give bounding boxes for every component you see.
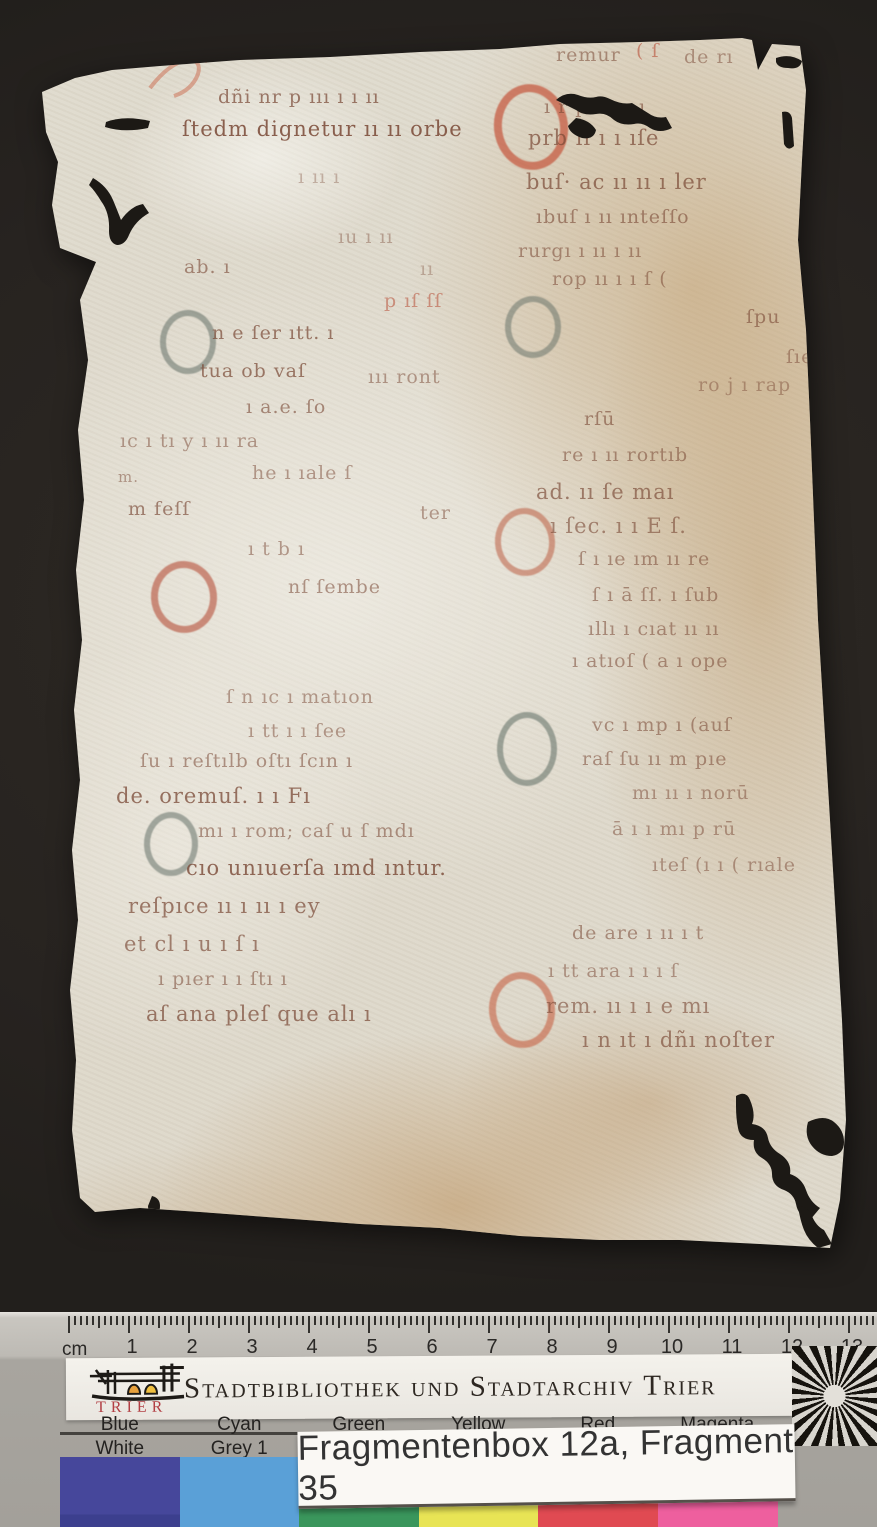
faded-text-line: prb ıı ı ı ıſe [528, 126, 659, 150]
ruler-tick [362, 1316, 364, 1325]
ruler-number: 2 [186, 1336, 197, 1359]
ruler-tick [338, 1316, 340, 1328]
ruler-tick [146, 1316, 148, 1325]
faded-text-line: cıo unıuerſa ımd ıntur. [186, 856, 447, 880]
faded-text-line: ı a.e. ſo [246, 396, 326, 418]
ruler-tick [716, 1316, 718, 1325]
initial-o [497, 712, 557, 786]
faded-text-line: ı ıı ı [298, 166, 340, 188]
ruler-tick [182, 1316, 184, 1325]
ruler-tick [266, 1316, 268, 1325]
ruler-tick [350, 1316, 352, 1325]
ruler-tick [188, 1316, 190, 1333]
roman-bridge-logo-icon [84, 1359, 189, 1404]
ruler-tick [134, 1316, 136, 1325]
ruler-tick [638, 1316, 640, 1328]
ruler-tick [374, 1316, 376, 1325]
ruler-tick [452, 1316, 454, 1325]
faded-text-line: ſ ı ıe ım ıı re [578, 548, 710, 570]
faded-text-line: buſ· ac ıı ıı ı ler [526, 170, 707, 194]
ruler-tick [128, 1316, 130, 1333]
faded-text-line: raſ ſu ıı m pıe [582, 748, 728, 770]
ruler-tick [458, 1316, 460, 1328]
ruler-tick [260, 1316, 262, 1325]
ruler-tick [812, 1316, 814, 1325]
ruler-tick [254, 1316, 256, 1325]
ruler-tick [434, 1316, 436, 1325]
faded-text-line: ı tt ı ı ſee [248, 720, 347, 742]
ruler-tick [410, 1316, 412, 1325]
ruler-number: 3 [246, 1336, 257, 1359]
faded-text-line: de rı [684, 46, 734, 68]
faded-text-line: ı r pre ıı ı [544, 96, 646, 118]
faded-text-line: ſıeg [786, 346, 827, 368]
ruler-tick [368, 1316, 370, 1333]
ruler-tick [536, 1316, 538, 1325]
ruler-tick [758, 1316, 760, 1328]
ruler-tick [668, 1316, 670, 1333]
color-label-cyan: Cyan [217, 1414, 261, 1436]
ruler-tick [866, 1316, 868, 1325]
ruler-tick [752, 1316, 754, 1325]
ruler-tick [176, 1316, 178, 1325]
ruler-tick [236, 1316, 238, 1325]
faded-text-line: p ıſ ſſ [384, 290, 442, 312]
faded-text-line: mı ıı ı norū [632, 782, 749, 804]
ruler-tick [242, 1316, 244, 1325]
archival-photo: dñi nr p ııı ı ı ııſtedm dignetur ıı ıı … [0, 0, 877, 1527]
ruler-tick [98, 1316, 100, 1328]
ruler-tick [308, 1316, 310, 1333]
red-flourish [205, 55, 229, 62]
initial-o [505, 296, 561, 358]
ruler-tick [734, 1316, 736, 1325]
faded-text-line: he ı ıale ſ [252, 462, 352, 484]
ruler-tick [398, 1316, 400, 1328]
institution-label: TRIER Stadtbibliothek und Stadtarchiv Tr… [66, 1354, 792, 1420]
ruler-tick [380, 1316, 382, 1325]
institution-name: Stadtbibliothek und Stadtarchiv Trier [184, 1369, 717, 1405]
color-patch-cyan [180, 1457, 300, 1527]
faded-text-line: ıı [420, 258, 434, 280]
ruler-tick [440, 1316, 442, 1325]
ruler-tick [470, 1316, 472, 1325]
ruler-tick [356, 1316, 358, 1325]
faded-text-line: ı atıoſ ( a ı ope [572, 650, 728, 672]
fragment-id-label: Fragmentenbox 12a, Fragment 35 [297, 1424, 795, 1509]
faded-text-line: ı tt ara ı ı ı ſ [548, 960, 679, 982]
ruler-tick [800, 1316, 802, 1325]
ruler-tick [446, 1316, 448, 1325]
color-label-blue: Blue [101, 1414, 139, 1436]
faded-text-line: n e ſer ıtt. ı [212, 322, 334, 344]
ruler-tick [806, 1316, 808, 1325]
ruler-tick [776, 1316, 778, 1325]
color-patch-blue [60, 1457, 180, 1527]
faded-text-line: ſ n ıc ı matıon [226, 686, 374, 708]
siemens-star-target [792, 1346, 877, 1446]
initial-o [148, 558, 220, 635]
ruler-tick [692, 1316, 694, 1325]
ruler-tick [602, 1316, 604, 1325]
ruler-tick [656, 1316, 658, 1325]
faded-text-line: ı ſec. ı ı E ſ. [550, 514, 687, 538]
ruler-tick [104, 1316, 106, 1325]
black-ink-blots [89, 56, 844, 1248]
ruler-tick [860, 1316, 862, 1325]
faded-text-line: ı pıer ı ı ſtı ı [158, 968, 288, 990]
faded-text-line: ro j ı rap [698, 374, 791, 396]
ruler-tick [512, 1316, 514, 1325]
ruler-tick [662, 1316, 664, 1325]
ruler-tick [248, 1316, 250, 1333]
ruler-number: 1 [126, 1336, 137, 1359]
ruler-tick [572, 1316, 574, 1325]
initial-o [492, 506, 558, 579]
faded-text-line: re ı ıı rortıb [562, 444, 688, 466]
ruler-tick [524, 1316, 526, 1325]
ruler-tick [230, 1316, 232, 1325]
ruler-tick [704, 1316, 706, 1325]
faded-text-line: m. [118, 468, 139, 486]
ruler-tick [428, 1316, 430, 1333]
ruler-tick [386, 1316, 388, 1325]
ruler-tick [80, 1316, 82, 1325]
faded-text-line: ıbuſ ı ıı ınteſſo [536, 206, 690, 228]
ruler-tick [722, 1316, 724, 1325]
fragment-id-text: Fragmentenbox 12a, Fragment 35 [297, 1421, 795, 1509]
ruler-tick [218, 1316, 220, 1328]
red-flourish [150, 60, 199, 96]
ruler-tick [152, 1316, 154, 1325]
ruler-tick [614, 1316, 616, 1325]
ruler-tick [566, 1316, 568, 1325]
manuscript-fragment: dñi nr p ııı ı ı ııſtedm dignetur ıı ıı … [0, 0, 877, 1312]
ruler-tick [872, 1316, 874, 1325]
ruler-tick [464, 1316, 466, 1325]
ruler-tick [578, 1316, 580, 1328]
ruler-tick [596, 1316, 598, 1325]
ruler-tick [830, 1316, 832, 1325]
ruler-tick [518, 1316, 520, 1328]
ruler-tick [824, 1316, 826, 1325]
faded-text-line: ter [420, 502, 451, 524]
faded-text-line: rurgı ı ıı ı ıı [518, 240, 642, 262]
faded-text-line: m feſſ [128, 498, 190, 520]
ruler-tick [422, 1316, 424, 1325]
ink-blotches [0, 0, 877, 1312]
ruler-tick [194, 1316, 196, 1325]
ruler-tick [206, 1316, 208, 1325]
ruler-tick [548, 1316, 550, 1333]
faded-text-line: tua ob vaſ [200, 360, 306, 382]
ruler-tick [158, 1316, 160, 1328]
faded-text-line: ad. ıı ſe maı [536, 480, 674, 504]
ruler-tick [644, 1316, 646, 1325]
ruler-tick [626, 1316, 628, 1325]
ruler-tick [116, 1316, 118, 1325]
ruler-tick [320, 1316, 322, 1325]
ruler-tick [590, 1316, 592, 1325]
ruler-tick [620, 1316, 622, 1325]
ruler-tick [506, 1316, 508, 1325]
ruler-tick [140, 1316, 142, 1325]
ruler-tick [770, 1316, 772, 1325]
ruler-tick [296, 1316, 298, 1325]
ruler-tick [122, 1316, 124, 1325]
ruler-tick [272, 1316, 274, 1325]
faded-text-line: mı ı rom; caſ u ſ mdı [198, 820, 415, 842]
faded-text-line: ſpu [746, 306, 780, 328]
ruler-tick [788, 1316, 790, 1333]
faded-text-line: ſtedm dignetur ıı ıı orbe [182, 117, 463, 141]
faded-text-line: vc ı mp ı (auſ [592, 714, 732, 736]
ruler-tick [314, 1316, 316, 1325]
faded-text-line: ab. ı [184, 256, 231, 278]
ruler-tick [608, 1316, 610, 1333]
ruler-tick [224, 1316, 226, 1325]
ruler-tick [302, 1316, 304, 1325]
faded-text-line: reſpıce ıı ı ıı ı ey [128, 894, 321, 918]
ruler-tick [482, 1316, 484, 1325]
ruler-tick [416, 1316, 418, 1325]
faded-text-line: ıc ı tı y ı ıı ra [120, 430, 259, 452]
ruler-tick [278, 1316, 280, 1328]
faded-text-line: rop ıı ı ı ſ ( [552, 268, 668, 290]
ruler-tick [326, 1316, 328, 1325]
faded-text-line: ( ſ [636, 40, 659, 62]
faded-text-line: ıteſ (ı ı ( rıale [652, 854, 796, 876]
ruler-tick [836, 1316, 838, 1325]
ruler-tick [698, 1316, 700, 1328]
faded-text-line: de. oremuſ. ı ı Fı [116, 784, 311, 808]
faded-text-line: ſu ı reſtılb oſtı ſcın ı [140, 750, 353, 772]
ruler-tick [494, 1316, 496, 1325]
ruler-tick [500, 1316, 502, 1325]
ruler-tick [488, 1316, 490, 1333]
faded-text-line: dñi nr p ııı ı ı ıı [218, 86, 380, 108]
ruler-number: 4 [306, 1336, 317, 1359]
ruler-tick [74, 1316, 76, 1325]
ruler-tick [290, 1316, 292, 1325]
ruler-tick [554, 1316, 556, 1325]
ruler-tick [332, 1316, 334, 1325]
faded-text-line: nſ ſembe [288, 576, 381, 598]
ruler-tick [404, 1316, 406, 1325]
ruler-tick [110, 1316, 112, 1325]
ruler-tick [848, 1316, 850, 1333]
faded-text-line: ā ı ı mı p rū [612, 818, 736, 840]
ruler-tick [560, 1316, 562, 1325]
ruler-tick [542, 1316, 544, 1325]
ruler-tick [794, 1316, 796, 1325]
faded-text-line: remur [556, 44, 621, 66]
faded-text-line: aſ ana pleſ que alı ı [146, 1002, 372, 1026]
faded-text-line: rem. ıı ı ı e mı [546, 994, 710, 1018]
faded-text-line: de are ı ıı ı t [572, 922, 704, 944]
ruler-tick [200, 1316, 202, 1325]
ruler-tick [170, 1316, 172, 1325]
ruler-tick [212, 1316, 214, 1325]
faded-text-line: rſū [584, 408, 615, 430]
ruler-tick [764, 1316, 766, 1325]
faded-text-line: ſ ı ā ſſ. ı ſub [592, 584, 719, 606]
ruler-tick [842, 1316, 844, 1325]
faded-text-line: ıu ı ıı [338, 226, 394, 248]
ruler-tick [746, 1316, 748, 1325]
ruler-tick [284, 1316, 286, 1325]
ruler-tick [674, 1316, 676, 1325]
ruler-tick [584, 1316, 586, 1325]
faded-text-line: ı t b ı [248, 538, 305, 560]
ruler-tick [392, 1316, 394, 1325]
ruler-tick [854, 1316, 856, 1325]
ruler-tick [728, 1316, 730, 1333]
ruler-tick [164, 1316, 166, 1325]
ruler-tick [782, 1316, 784, 1325]
ruler-tick [632, 1316, 634, 1325]
ruler-tick [818, 1316, 820, 1328]
faded-text-line: ııı ront [368, 366, 441, 388]
ruler-tick [686, 1316, 688, 1325]
faded-text-line: ıllı ı cıat ıı ıı [588, 618, 720, 640]
ruler-tick [710, 1316, 712, 1325]
ruler-tick [344, 1316, 346, 1325]
ruler-tick [476, 1316, 478, 1325]
ruler-tick [86, 1316, 88, 1325]
ruler-tick [92, 1316, 94, 1325]
ruler-tick [530, 1316, 532, 1325]
parchment-sheet: dñi nr p ııı ı ı ııſtedm dignetur ıı ıı … [0, 0, 877, 1312]
ruler-tick [740, 1316, 742, 1325]
faded-text-line: et cl ı u ı ſ ı [124, 932, 260, 956]
ruler-tick [650, 1316, 652, 1325]
ruler-tick [680, 1316, 682, 1325]
faded-text-line: ı n ıt ı dñı noſter [582, 1028, 775, 1052]
ruler-tick [68, 1316, 70, 1333]
